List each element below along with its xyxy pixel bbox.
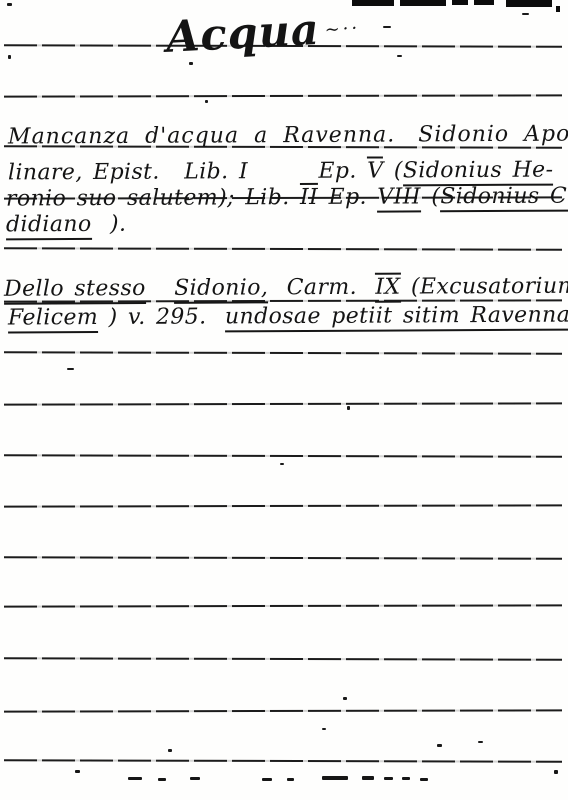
hw-roman-numeral: VIII xyxy=(377,184,421,212)
ruled-line xyxy=(4,402,562,405)
hw-underlined-citation: undosae petiit sitim Ravennae. xyxy=(225,302,568,332)
hw-underlined-text: Sidonius Can- xyxy=(440,183,568,212)
ruled-line xyxy=(4,759,562,762)
note-paragraph1-line1: Mancanza d'acqua a Ravenna. Sidonio Apol… xyxy=(8,122,568,148)
ink-speck xyxy=(280,463,284,465)
hw-text: Ep. xyxy=(318,159,356,184)
ink-speck xyxy=(322,728,326,730)
hw-text: ( xyxy=(394,158,403,183)
hw-underlined-text: Sidonius He- xyxy=(403,158,554,187)
hw-text: Ep. xyxy=(329,185,367,210)
ink-speck xyxy=(383,26,391,28)
bottom-edge-cutoff-mark xyxy=(384,777,393,780)
note-paragraph2-line2: Felicem ) v. 295. undosae petiit sitim R… xyxy=(8,303,568,329)
hw-text: linare, Epist. xyxy=(8,160,160,186)
hw-text: Lib. xyxy=(245,185,289,210)
hw-underlined-text: didiano xyxy=(6,212,92,240)
hw-text: Carm. xyxy=(287,275,357,300)
bottom-edge-cutoff-mark xyxy=(158,778,166,781)
hw-text: Lib. I xyxy=(184,159,248,184)
note-paragraph1-line2: linare, Epist. Lib. I Ep. V (Sidonius He… xyxy=(8,159,554,185)
ink-speck xyxy=(343,697,347,700)
hw-text: Excusatorium ad V.C xyxy=(420,273,568,299)
hw-text: ) v. 295. xyxy=(108,304,206,330)
top-edge-cutoff-mark xyxy=(556,6,560,12)
hw-roman-numeral: V xyxy=(367,156,383,183)
bottom-edge-cutoff-mark xyxy=(420,778,428,781)
ink-speck xyxy=(168,749,172,752)
bottom-edge-cutoff-mark xyxy=(190,777,200,780)
bottom-edge-cutoff-mark xyxy=(322,776,348,780)
ink-speck xyxy=(189,62,193,65)
top-edge-cutoff-mark xyxy=(506,0,552,7)
ruled-line xyxy=(4,657,562,660)
ink-speck xyxy=(205,100,208,103)
bottom-edge-cutoff-mark xyxy=(262,778,272,781)
hw-text: ronio suo salutem); xyxy=(6,185,235,211)
hw-roman-numeral: II xyxy=(300,183,318,210)
bottom-edge-cutoff-mark xyxy=(554,770,558,774)
hw-underlined-text: Sidonio, xyxy=(174,275,268,303)
title-flourish-mark: ∼·· xyxy=(324,18,361,41)
ink-speck xyxy=(397,55,402,57)
top-edge-cutoff-mark xyxy=(474,0,494,5)
ruled-line xyxy=(4,94,562,97)
hw-underlined-text: Dello stesso xyxy=(4,276,146,305)
top-edge-cutoff-mark xyxy=(352,0,394,6)
hw-underlined-text: Felicem xyxy=(8,305,98,333)
note-paragraph1-line4: didiano ). xyxy=(6,213,126,237)
bottom-edge-cutoff-mark xyxy=(128,777,142,780)
hw-roman-numeral: IX xyxy=(375,273,400,303)
bottom-edge-cutoff-mark xyxy=(362,776,374,780)
bottom-edge-cutoff-mark xyxy=(287,778,294,781)
ink-speck xyxy=(522,13,529,15)
hw-text: Mancanza d'acqua a Ravenna. xyxy=(8,122,395,149)
ink-speck xyxy=(8,55,11,59)
ruled-line xyxy=(4,604,562,607)
ruled-line xyxy=(4,504,562,507)
ruled-line xyxy=(4,351,562,354)
bottom-edge-cutoff-mark xyxy=(75,770,80,773)
ink-speck xyxy=(437,744,442,747)
page-title-text: Acqua xyxy=(165,5,321,63)
ruled-line xyxy=(4,454,562,457)
ink-speck xyxy=(67,368,74,370)
top-edge-cutoff-mark xyxy=(452,0,468,5)
ink-speck xyxy=(478,741,483,743)
hw-text: ( xyxy=(411,275,420,300)
note-paragraph2-line1: Dello stesso Sidonio, Carm. IX (Excusato… xyxy=(4,274,568,301)
note-paragraph1-line3: ronio suo salutem); Lib. II Ep. VIII (Si… xyxy=(6,184,568,210)
ruled-line xyxy=(4,247,562,250)
bottom-edge-cutoff-mark xyxy=(402,777,410,780)
scanned-notebook-page: Acqua∼·· Mancanza d'acqua a Ravenna. Sid… xyxy=(0,0,568,800)
ink-speck xyxy=(347,406,350,410)
ruled-line xyxy=(4,556,562,559)
hw-text: Sidonio Apol- xyxy=(418,121,568,147)
ink-speck xyxy=(7,3,12,6)
hw-text: ). xyxy=(110,212,127,237)
ruled-line xyxy=(4,709,562,712)
top-edge-cutoff-mark xyxy=(400,0,446,6)
page-title: Acqua∼·· xyxy=(165,7,356,60)
